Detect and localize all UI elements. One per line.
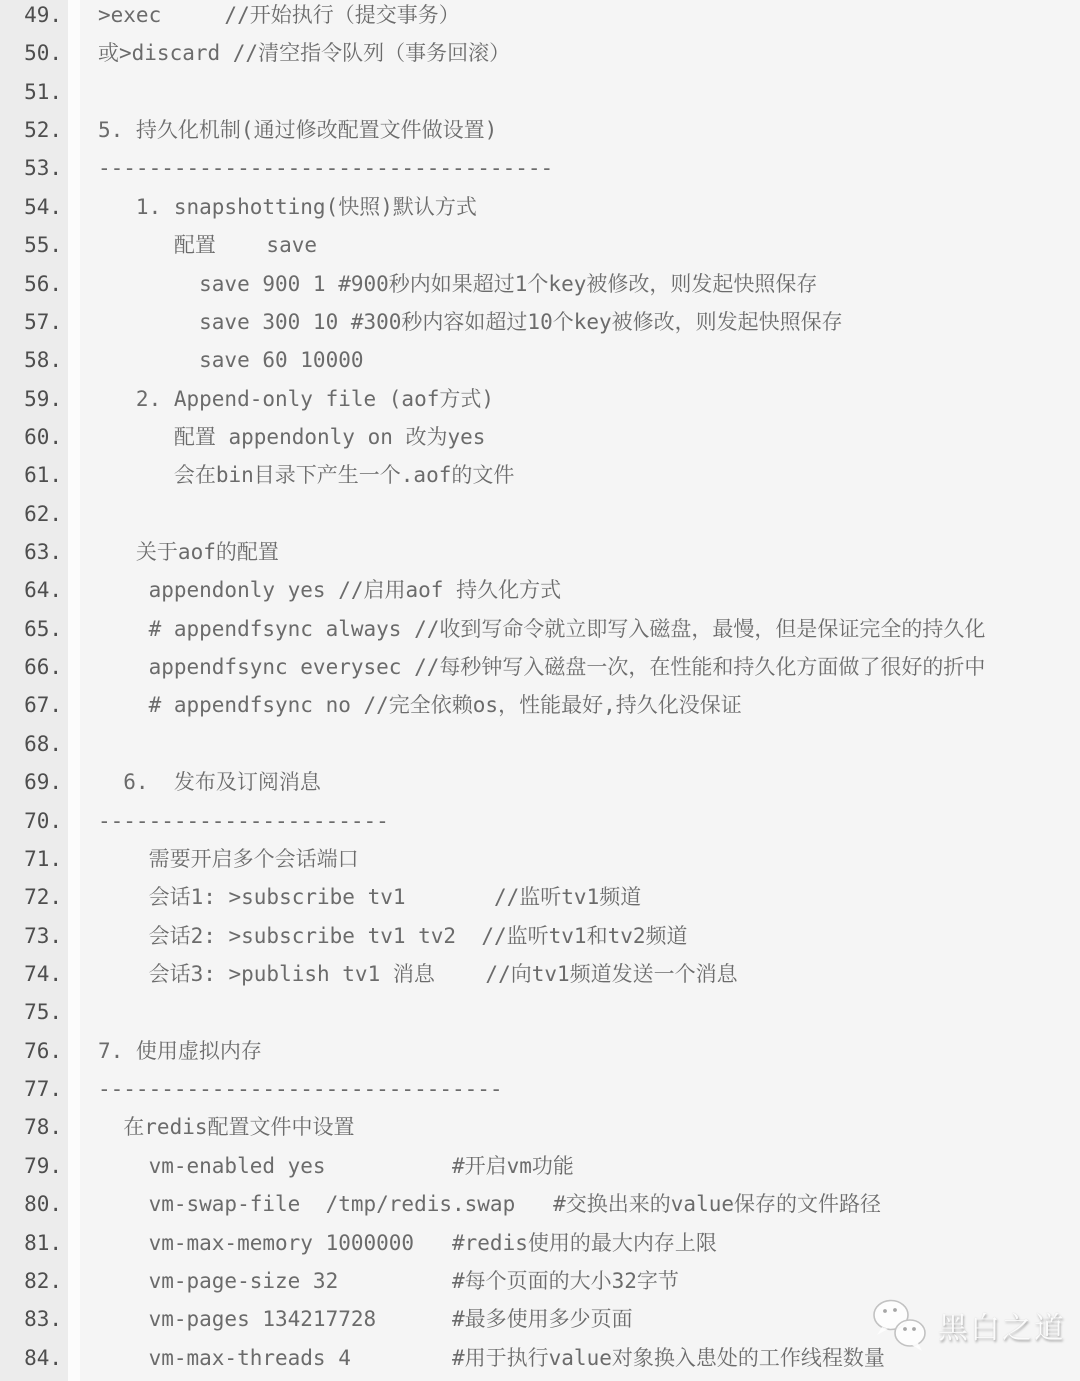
line-text: 5. 持久化机制(通过修改配置文件做设置) [98,111,497,149]
line-number: 77. [0,1070,62,1108]
line-number: 58. [0,341,62,379]
line-number: 82. [0,1262,62,1300]
code-editor: 49.>exec //开始执行（提交事务）50.或>discard //清空指令… [0,0,1080,1381]
code-lines[interactable]: 49.>exec //开始执行（提交事务）50.或>discard //清空指令… [0,0,1080,1377]
line-number: 78. [0,1108,62,1146]
line-text: 或>discard //清空指令队列（事务回滚） [98,34,510,72]
line-text: 配置 appendonly on 改为yes [98,418,485,456]
line-text: ------------------------------------ [98,149,553,187]
code-line[interactable]: 61. 会在bin目录下产生一个.aof的文件 [0,456,1080,494]
line-text: vm-page-size 32 #每个页面的大小32字节 [98,1262,679,1300]
line-number: 52. [0,111,62,149]
line-text: 在redis配置文件中设置 [98,1108,355,1146]
code-line[interactable]: 64. appendonly yes //启用aof 持久化方式 [0,571,1080,609]
code-line[interactable]: 66. appendfsync everysec //每秒钟写入磁盘一次，在性能… [0,648,1080,686]
code-line[interactable]: 50.或>discard //清空指令队列（事务回滚） [0,34,1080,72]
line-text: ----------------------- [98,802,389,840]
code-line[interactable]: 52.5. 持久化机制(通过修改配置文件做设置) [0,111,1080,149]
code-line[interactable]: 81. vm-max-memory 1000000 #redis使用的最大内存上… [0,1224,1080,1262]
line-number: 51. [0,73,62,111]
code-line[interactable]: 54. 1. snapshotting(快照)默认方式 [0,188,1080,226]
line-number: 69. [0,763,62,801]
line-number: 76. [0,1032,62,1070]
line-number: 55. [0,226,62,264]
line-text: save 300 10 #300秒内容如超过10个key被修改，则发起快照保存 [98,303,843,341]
line-number: 73. [0,917,62,955]
code-line[interactable]: 56. save 900 1 #900秒内如果超过1个key被修改，则发起快照保… [0,265,1080,303]
code-line[interactable]: 63. 关于aof的配置 [0,533,1080,571]
code-line[interactable]: 80. vm-swap-file /tmp/redis.swap #交换出来的v… [0,1185,1080,1223]
line-number: 75. [0,993,62,1031]
line-text: 1. snapshotting(快照)默认方式 [98,188,477,226]
line-number: 64. [0,571,62,609]
line-number: 65. [0,610,62,648]
line-number: 81. [0,1224,62,1262]
code-line[interactable]: 74. 会话3: >publish tv1 消息 //向tv1频道发送一个消息 [0,955,1080,993]
line-text: save 900 1 #900秒内如果超过1个key被修改，则发起快照保存 [98,265,817,303]
line-number: 79. [0,1147,62,1185]
line-number: 68. [0,725,62,763]
code-line[interactable]: 57. save 300 10 #300秒内容如超过10个key被修改，则发起快… [0,303,1080,341]
line-number: 56. [0,265,62,303]
line-text: vm-max-threads 4 #用于执行value对象换入患处的工作线程数量 [98,1339,885,1377]
line-number: 50. [0,34,62,72]
line-number: 49. [0,0,62,34]
code-line[interactable]: 78. 在redis配置文件中设置 [0,1108,1080,1146]
code-line[interactable]: 71. 需要开启多个会话端口 [0,840,1080,878]
line-number: 74. [0,955,62,993]
line-text: 会话3: >publish tv1 消息 //向tv1频道发送一个消息 [98,955,738,993]
line-text: -------------------------------- [98,1070,503,1108]
line-text: 7. 使用虚拟内存 [98,1032,262,1070]
watermark: 黑白之道 [869,1296,1066,1354]
code-line[interactable]: 68. [0,725,1080,763]
line-text: 需要开启多个会话端口 [98,840,359,878]
line-text: appendfsync everysec //每秒钟写入磁盘一次，在性能和持久化… [98,648,985,686]
line-text: save 60 10000 [98,341,364,379]
line-text: 2. Append-only file (aof方式) [98,380,494,418]
line-text: 会话1: >subscribe tv1 //监听tv1频道 [98,878,641,916]
line-number: 53. [0,149,62,187]
line-number: 80. [0,1185,62,1223]
line-text: # appendfsync always //收到写命令就立即写入磁盘，最慢，但… [98,610,985,648]
code-line[interactable]: 75. [0,993,1080,1031]
code-line[interactable]: 82. vm-page-size 32 #每个页面的大小32字节 [0,1262,1080,1300]
line-text: >exec //开始执行（提交事务） [98,0,460,34]
line-number: 62. [0,495,62,533]
code-line[interactable]: 77.-------------------------------- [0,1070,1080,1108]
code-line[interactable]: 49.>exec //开始执行（提交事务） [0,0,1080,34]
line-number: 61. [0,456,62,494]
line-number: 63. [0,533,62,571]
line-number: 66. [0,648,62,686]
speech-bubbles-icon [869,1296,933,1354]
code-line[interactable]: 59. 2. Append-only file (aof方式) [0,380,1080,418]
line-number: 67. [0,686,62,724]
line-text: vm-swap-file /tmp/redis.swap #交换出来的value… [98,1185,881,1223]
watermark-label: 黑白之道 [938,1303,1066,1347]
line-number: 83. [0,1300,62,1338]
line-text: vm-max-memory 1000000 #redis使用的最大内存上限 [98,1224,717,1262]
code-line[interactable]: 72. 会话1: >subscribe tv1 //监听tv1频道 [0,878,1080,916]
line-number: 54. [0,188,62,226]
line-text: 6. 发布及订阅消息 [98,763,321,801]
line-text: 关于aof的配置 [98,533,279,571]
code-line[interactable]: 70.----------------------- [0,802,1080,840]
code-line[interactable]: 76.7. 使用虚拟内存 [0,1032,1080,1070]
code-line[interactable]: 62. [0,495,1080,533]
code-line[interactable]: 67. # appendfsync no //完全依赖os，性能最好,持久化没保… [0,686,1080,724]
line-text: 会在bin目录下产生一个.aof的文件 [98,456,514,494]
line-number: 59. [0,380,62,418]
line-number: 71. [0,840,62,878]
line-text: vm-enabled yes #开启vm功能 [98,1147,574,1185]
code-line[interactable]: 79. vm-enabled yes #开启vm功能 [0,1147,1080,1185]
line-text: # appendfsync no //完全依赖os，性能最好,持久化没保证 [98,686,742,724]
code-line[interactable]: 65. # appendfsync always //收到写命令就立即写入磁盘，… [0,610,1080,648]
line-number: 84. [0,1339,62,1377]
code-line[interactable]: 53.------------------------------------ [0,149,1080,187]
code-line[interactable]: 55. 配置 save [0,226,1080,264]
line-number: 60. [0,418,62,456]
code-line[interactable]: 73. 会话2: >subscribe tv1 tv2 //监听tv1和tv2频… [0,917,1080,955]
code-line[interactable]: 60. 配置 appendonly on 改为yes [0,418,1080,456]
line-number: 72. [0,878,62,916]
line-text: appendonly yes //启用aof 持久化方式 [98,571,561,609]
code-line[interactable]: 69. 6. 发布及订阅消息 [0,763,1080,801]
line-text: vm-pages 134217728 #最多使用多少页面 [98,1300,633,1338]
line-text: 会话2: >subscribe tv1 tv2 //监听tv1和tv2频道 [98,917,688,955]
code-line[interactable]: 58. save 60 10000 [0,341,1080,379]
line-text: 配置 save [98,226,317,264]
line-number: 70. [0,802,62,840]
code-line[interactable]: 51. [0,73,1080,111]
line-number: 57. [0,303,62,341]
